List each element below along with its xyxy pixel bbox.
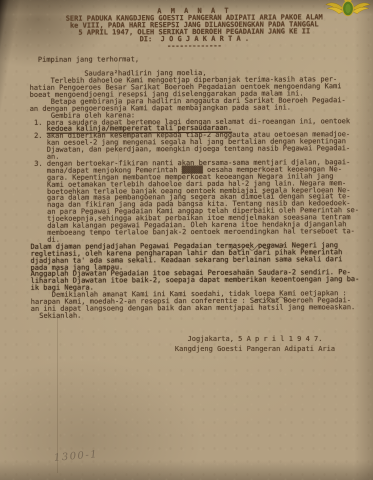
signatory-line: Kangdjeng Goesti Pangeran Adipati Aria [165,344,345,354]
place-date-line: Jogjakarta, 5 A p r i l 1 9 4 7. [165,334,345,344]
signature-block: Jogjakarta, 5 A p r i l 1 9 4 7. Kangdje… [165,334,345,354]
typewritten-document: A M A N A TSERI PADUKA KANGDJENG GOESTI … [29,7,361,320]
document-lines: A M A N A TSERI PADUKA KANGDJENG GOESTI … [29,7,361,320]
paper-crease [57,318,58,473]
